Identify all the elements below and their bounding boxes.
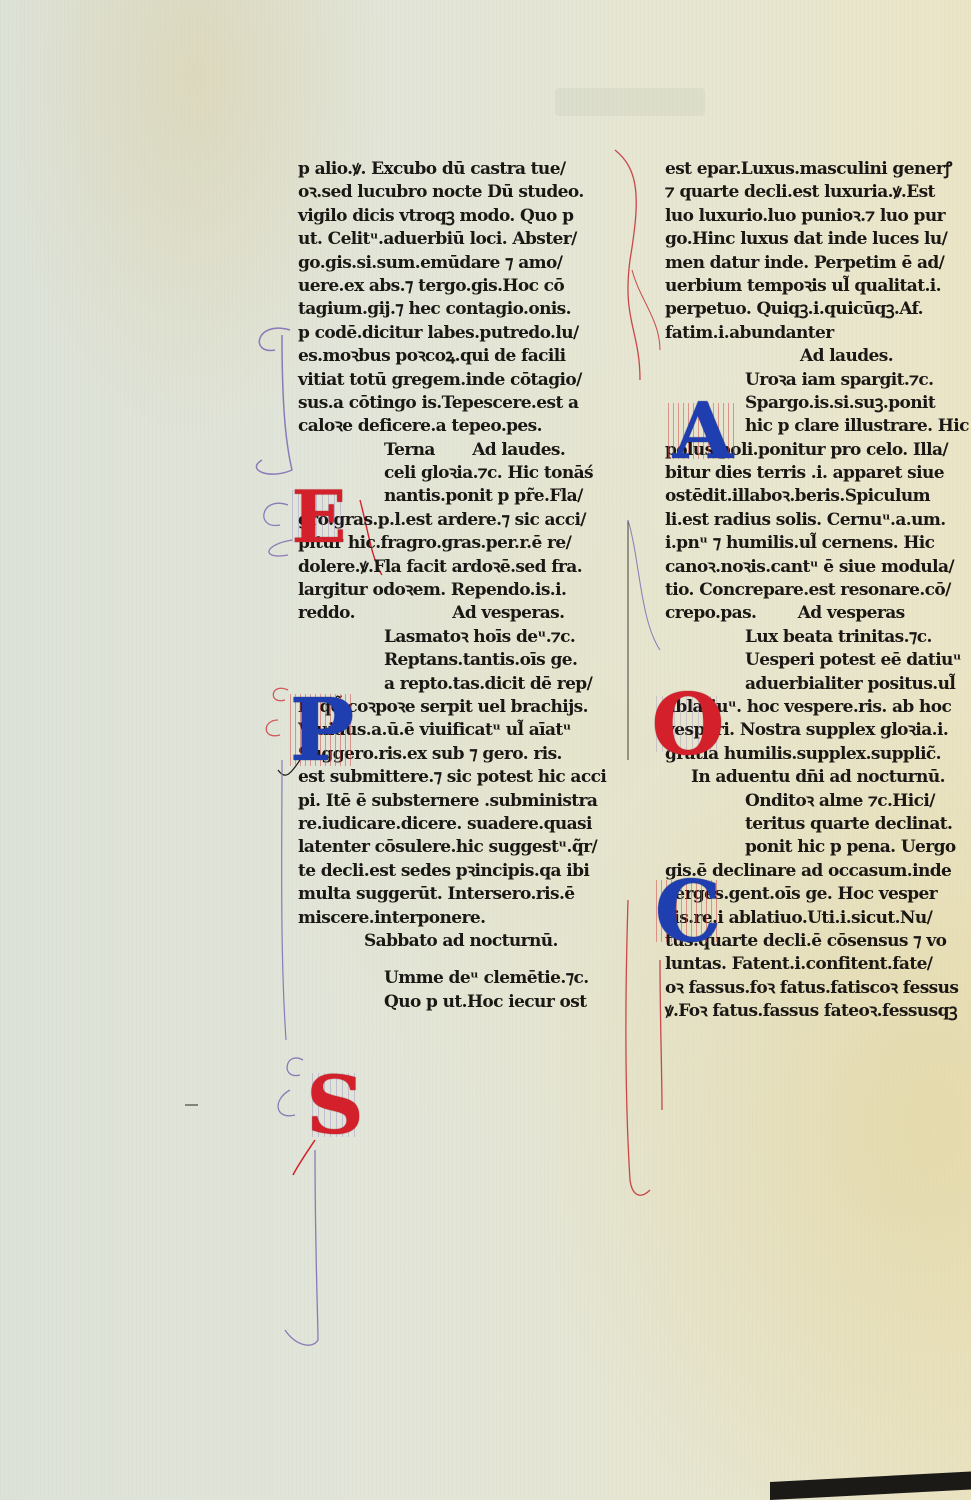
text-line: go.gis.si.sum.emūdare ⁊ amo/ — [298, 252, 628, 275]
spacer — [298, 953, 628, 967]
text-line: li.est radius solis. Cernuᵘ.a.um. — [665, 509, 943, 532]
text-line: gro.gras.p.l.est ardere.⁊ sic acci/ — [298, 509, 628, 532]
section-heading-ad-vesperas: reddo. Ad vesperas. — [298, 602, 628, 625]
text-line: ostēdit.illaboꝛ.beris.Spiculum — [665, 485, 943, 508]
section-heading-sabbato: Sabbato ad nocturnū. — [298, 930, 628, 953]
text-line: Lasmatoꝛ hoīs deᵘ.⁊c. — [298, 626, 628, 649]
text-line: Onditoꝛ alme ⁊c.Hici/ — [665, 790, 943, 813]
initial-letter-s: S — [304, 1065, 366, 1145]
initial-letter-a: A — [660, 395, 746, 467]
text-line: ꝟ.Foꝛ fatus.fassus fateoꝛ.fessusqꝫ — [665, 1000, 943, 1023]
section-heading-ad-laudes: Terna Ad laudes. — [298, 439, 628, 462]
text-line: nantis.ponit p pr̃e.Fla/ — [298, 485, 628, 508]
text-line: re.iudicare.dicere. suadere.quasi — [298, 813, 628, 836]
text-line: teritus quarte declinat. — [665, 813, 943, 836]
text-line: Uesperi potest eē datiuᵘ — [665, 649, 943, 672]
text-line: miscere.interponere. — [298, 907, 628, 930]
text-line: pi. Itē ē substernere .subministra — [298, 790, 628, 813]
text-line: oꝛ.sed lucubro nocte Dū studeo. — [298, 181, 628, 204]
text-line: uerbium tempoꝛis ul̃ qualitat.i. — [665, 275, 943, 298]
text-line: multa suggerūt. Intersero.ris.ē — [298, 883, 628, 906]
text-line: perpetuo. Quiqꝫ.i.quicūqꝫ.Af. — [665, 298, 943, 321]
text-line: ponit hic p pena. Uergo — [665, 836, 943, 859]
text-line: go.Hinc luxus dat inde luces lu/ — [665, 228, 943, 251]
text-line: sus.a cōtingo is.Tepescere.est a — [298, 392, 628, 415]
text-line: Reptans.tantis.oīs ge. — [298, 649, 628, 672]
manuscript-page: E P S A O C p alio.ꝟ. Excubo dū castra t… — [0, 0, 971, 1500]
initial-letter-o: O — [648, 688, 728, 760]
left-text-column: p alio.ꝟ. Excubo dū castra tue/ oꝛ.sed l… — [298, 158, 628, 1014]
text-line: Quo p ut.Hoc iecur ost — [298, 991, 628, 1014]
text-line: est epar.Luxus.masculini generꝭ — [665, 158, 943, 181]
text-line: Lux beata trinitas.⁊c. — [665, 626, 943, 649]
text-line: largitur odoꝛem. Rependo.is.i. — [298, 579, 628, 602]
text-line: fatim.i.abundanter — [665, 322, 943, 345]
text-line: vitiat totū gregem.inde cōtagio/ — [298, 369, 628, 392]
text-line: p alio.ꝟ. Excubo dū castra tue/ — [298, 158, 628, 181]
text-line: tio. Concrepare.est resonare.cō/ — [665, 579, 943, 602]
text-line: te decli.est sedes pꝛincipis.qa ibi — [298, 860, 628, 883]
text-line: men datur inde. Perpetim ē ad/ — [665, 252, 943, 275]
text-line: dolere.ꝟ.Fla facit ardoꝛē.sed fra. — [298, 556, 628, 579]
text-line: vigilo dicis vtroqꝫ modo. Quo p — [298, 205, 628, 228]
text-line: p codē.dicitur labes.putredo.lu/ — [298, 322, 628, 345]
initial-letter-e: E — [284, 482, 354, 550]
text-line: luo luxurio.luo punioꝛ.⁊ luo pur — [665, 205, 943, 228]
page-bottom-edge-shadow — [770, 1471, 971, 1500]
text-line: tagium.gij.⁊ hec contagio.onis. — [298, 298, 628, 321]
text-line: celi gloꝛia.⁊c. Hic tonāś — [298, 462, 628, 485]
initial-letter-p: P — [282, 686, 362, 774]
text-line: es.moꝛbus poꝛcoꝝ.qui de facili — [298, 345, 628, 368]
text-line: Umme deᵘ clemētie.⁊c. — [298, 967, 628, 990]
text-line: oꝛ fassus.foꝛ fatus.fatiscoꝛ fessus — [665, 977, 943, 1000]
text-line: pitur hic.fragro.gras.per.r.ē re/ — [298, 532, 628, 555]
text-line: canoꝛ.noꝛis.cantᵘ ē siue modula/ — [665, 556, 943, 579]
text-line: ut. Celitᵘ.aduerbiū loci. Abster/ — [298, 228, 628, 251]
text-line: i.pnᵘ ⁊ humilis.ul̃ cernens. Hic — [665, 532, 943, 555]
text-line: caloꝛe deficere.a tepeo.pes. — [298, 415, 628, 438]
section-heading-ad-laudes: Ad laudes. — [665, 345, 943, 368]
initial-letter-c: C — [648, 872, 728, 950]
text-line: uere.ex abs.⁊ tergo.gis.Hoc cō — [298, 275, 628, 298]
text-line: latenter cōsulere.hic suggestᵘ.q̃r/ — [298, 836, 628, 859]
section-heading-ad-vesperas: crepo.pas. Ad vesperas — [665, 602, 943, 625]
text-line: ⁊ quarte decli.est luxuria.ꝟ.Est — [665, 181, 943, 204]
faint-running-header — [555, 88, 705, 116]
